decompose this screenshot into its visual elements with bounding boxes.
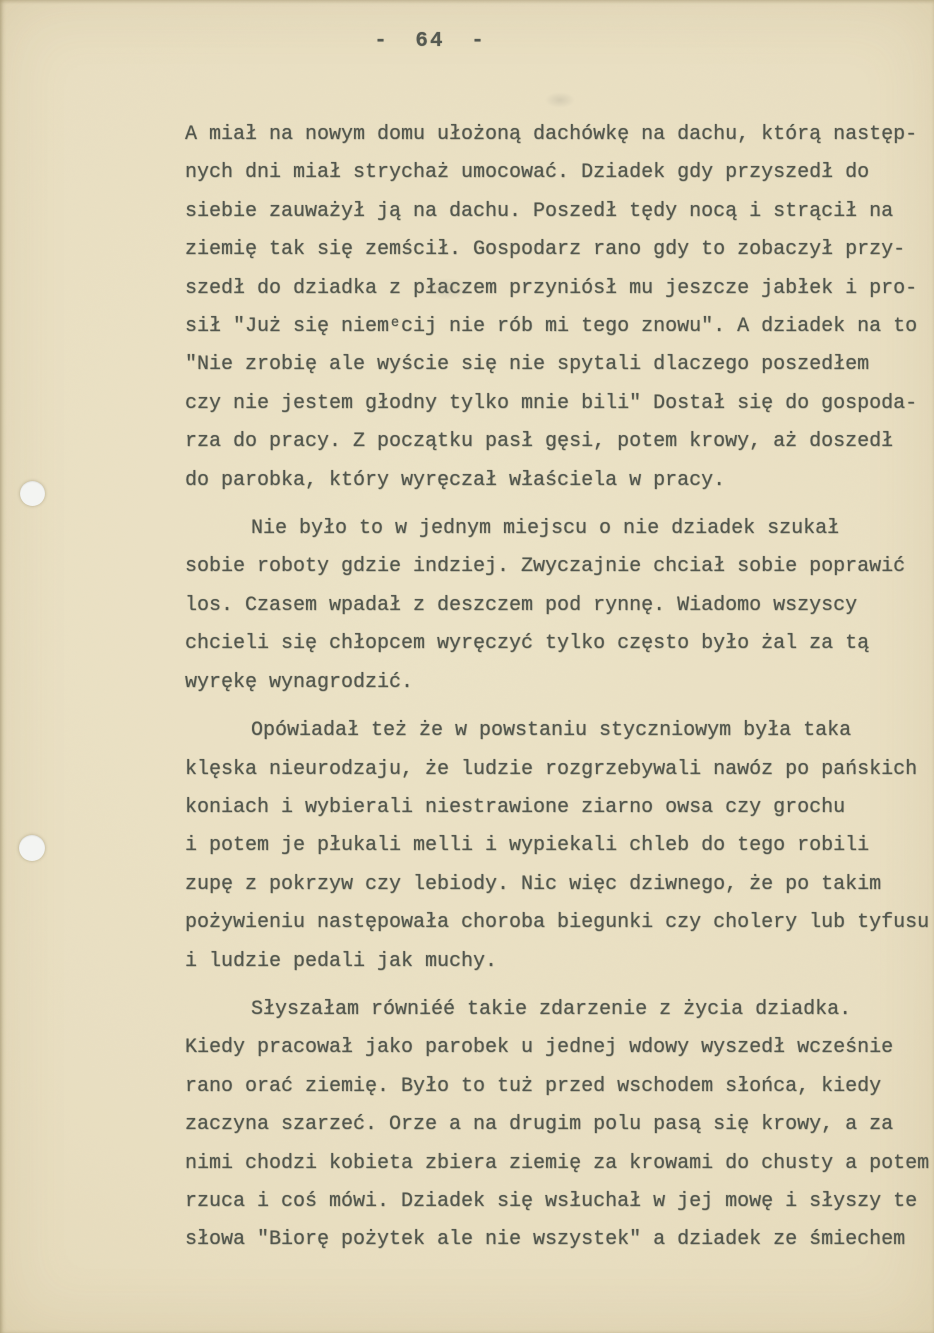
text-line: Słyszałam równiéé takie zdarzenie z życi…	[185, 991, 930, 1029]
text-line: klęska nieurodzaju, że ludzie rozgrzebyw…	[185, 751, 930, 789]
text-line: pożywieniu następowała choroba biegunki …	[185, 904, 930, 942]
text-line: A miał na nowym domu ułożoną dachówkę na…	[185, 116, 930, 154]
text-line: koniach i wybierali niestrawione ziarno …	[185, 789, 930, 827]
text-line: siebie zauważył ją na dachu. Poszedł tęd…	[185, 193, 930, 231]
text-line: ziemię tak się zemścił. Gospodarz rano g…	[185, 231, 930, 269]
text-line: zupę z pokrzyw czy lebiody. Nic więc dzi…	[185, 866, 930, 904]
text-line: chcieli się chłopcem wyręczyć tylko częs…	[185, 625, 930, 663]
paragraph: Słyszałam równiéé takie zdarzenie z życi…	[185, 991, 930, 1260]
text-line: rzuca i coś mówi. Dziadek się wsłuchał w…	[185, 1183, 930, 1221]
text-line: nimi chodzi kobieta zbiera ziemię za kro…	[185, 1145, 930, 1183]
ink-smudge	[545, 92, 575, 108]
text-line: sił "Już się niemᵉcij nie rób mi tego zn…	[185, 308, 930, 346]
paragraph: Nie było to w jednym miejscu o nie dziad…	[185, 510, 930, 702]
text-line: Nie było to w jednym miejscu o nie dziad…	[185, 510, 930, 548]
text-line: zaczyna szarzeć. Orze a na drugim polu p…	[185, 1106, 930, 1144]
text-line: i ludzie pedali jak muchy.	[185, 943, 930, 981]
paragraph: A miał na nowym domu ułożoną dachówkę na…	[185, 116, 930, 500]
punch-hole-bottom	[19, 835, 45, 861]
text-line: Opówiadał też że w powstaniu styczniowym…	[185, 712, 930, 750]
text-line: los. Czasem wpadał z deszczem pod rynnę.…	[185, 587, 930, 625]
text-line: nych dni miał strychaż umocować. Dziadek…	[185, 154, 930, 192]
text-line: "Nie zrobię ale wyście się nie spytali d…	[185, 346, 930, 384]
text-line: i potem je płukali melli i wypiekali chl…	[185, 827, 930, 865]
text-block: A miał na nowym domu ułożoną dachówkę na…	[185, 116, 930, 1260]
text-line: Kiedy pracował jako parobek u jednej wdo…	[185, 1029, 930, 1067]
text-line: czy nie jestem głodny tylko mnie bili" D…	[185, 385, 930, 423]
punch-hole-top	[20, 481, 45, 506]
text-line: szedł do dziadka z płaczem przyniósł mu …	[185, 270, 930, 308]
text-line: słowa "Biorę pożytek ale nie wszystek" a…	[185, 1221, 930, 1259]
text-line: sobie roboty gdzie indziej. Zwyczajnie c…	[185, 548, 930, 586]
scanned-typewritten-page: - 64 - A miał na nowym domu ułożoną dach…	[0, 0, 934, 1333]
paragraph: Opówiadał też że w powstaniu styczniowym…	[185, 712, 930, 981]
text-line: do parobka, który wyręczał właściela w p…	[185, 462, 930, 500]
text-line: rza do pracy. Z początku pasł gęsi, pote…	[185, 423, 930, 461]
text-line: wyrękę wynagrodzić.	[185, 664, 930, 702]
text-line: rano orać ziemię. Było to tuż przed wsch…	[185, 1068, 930, 1106]
page-number: - 64 -	[360, 30, 500, 53]
